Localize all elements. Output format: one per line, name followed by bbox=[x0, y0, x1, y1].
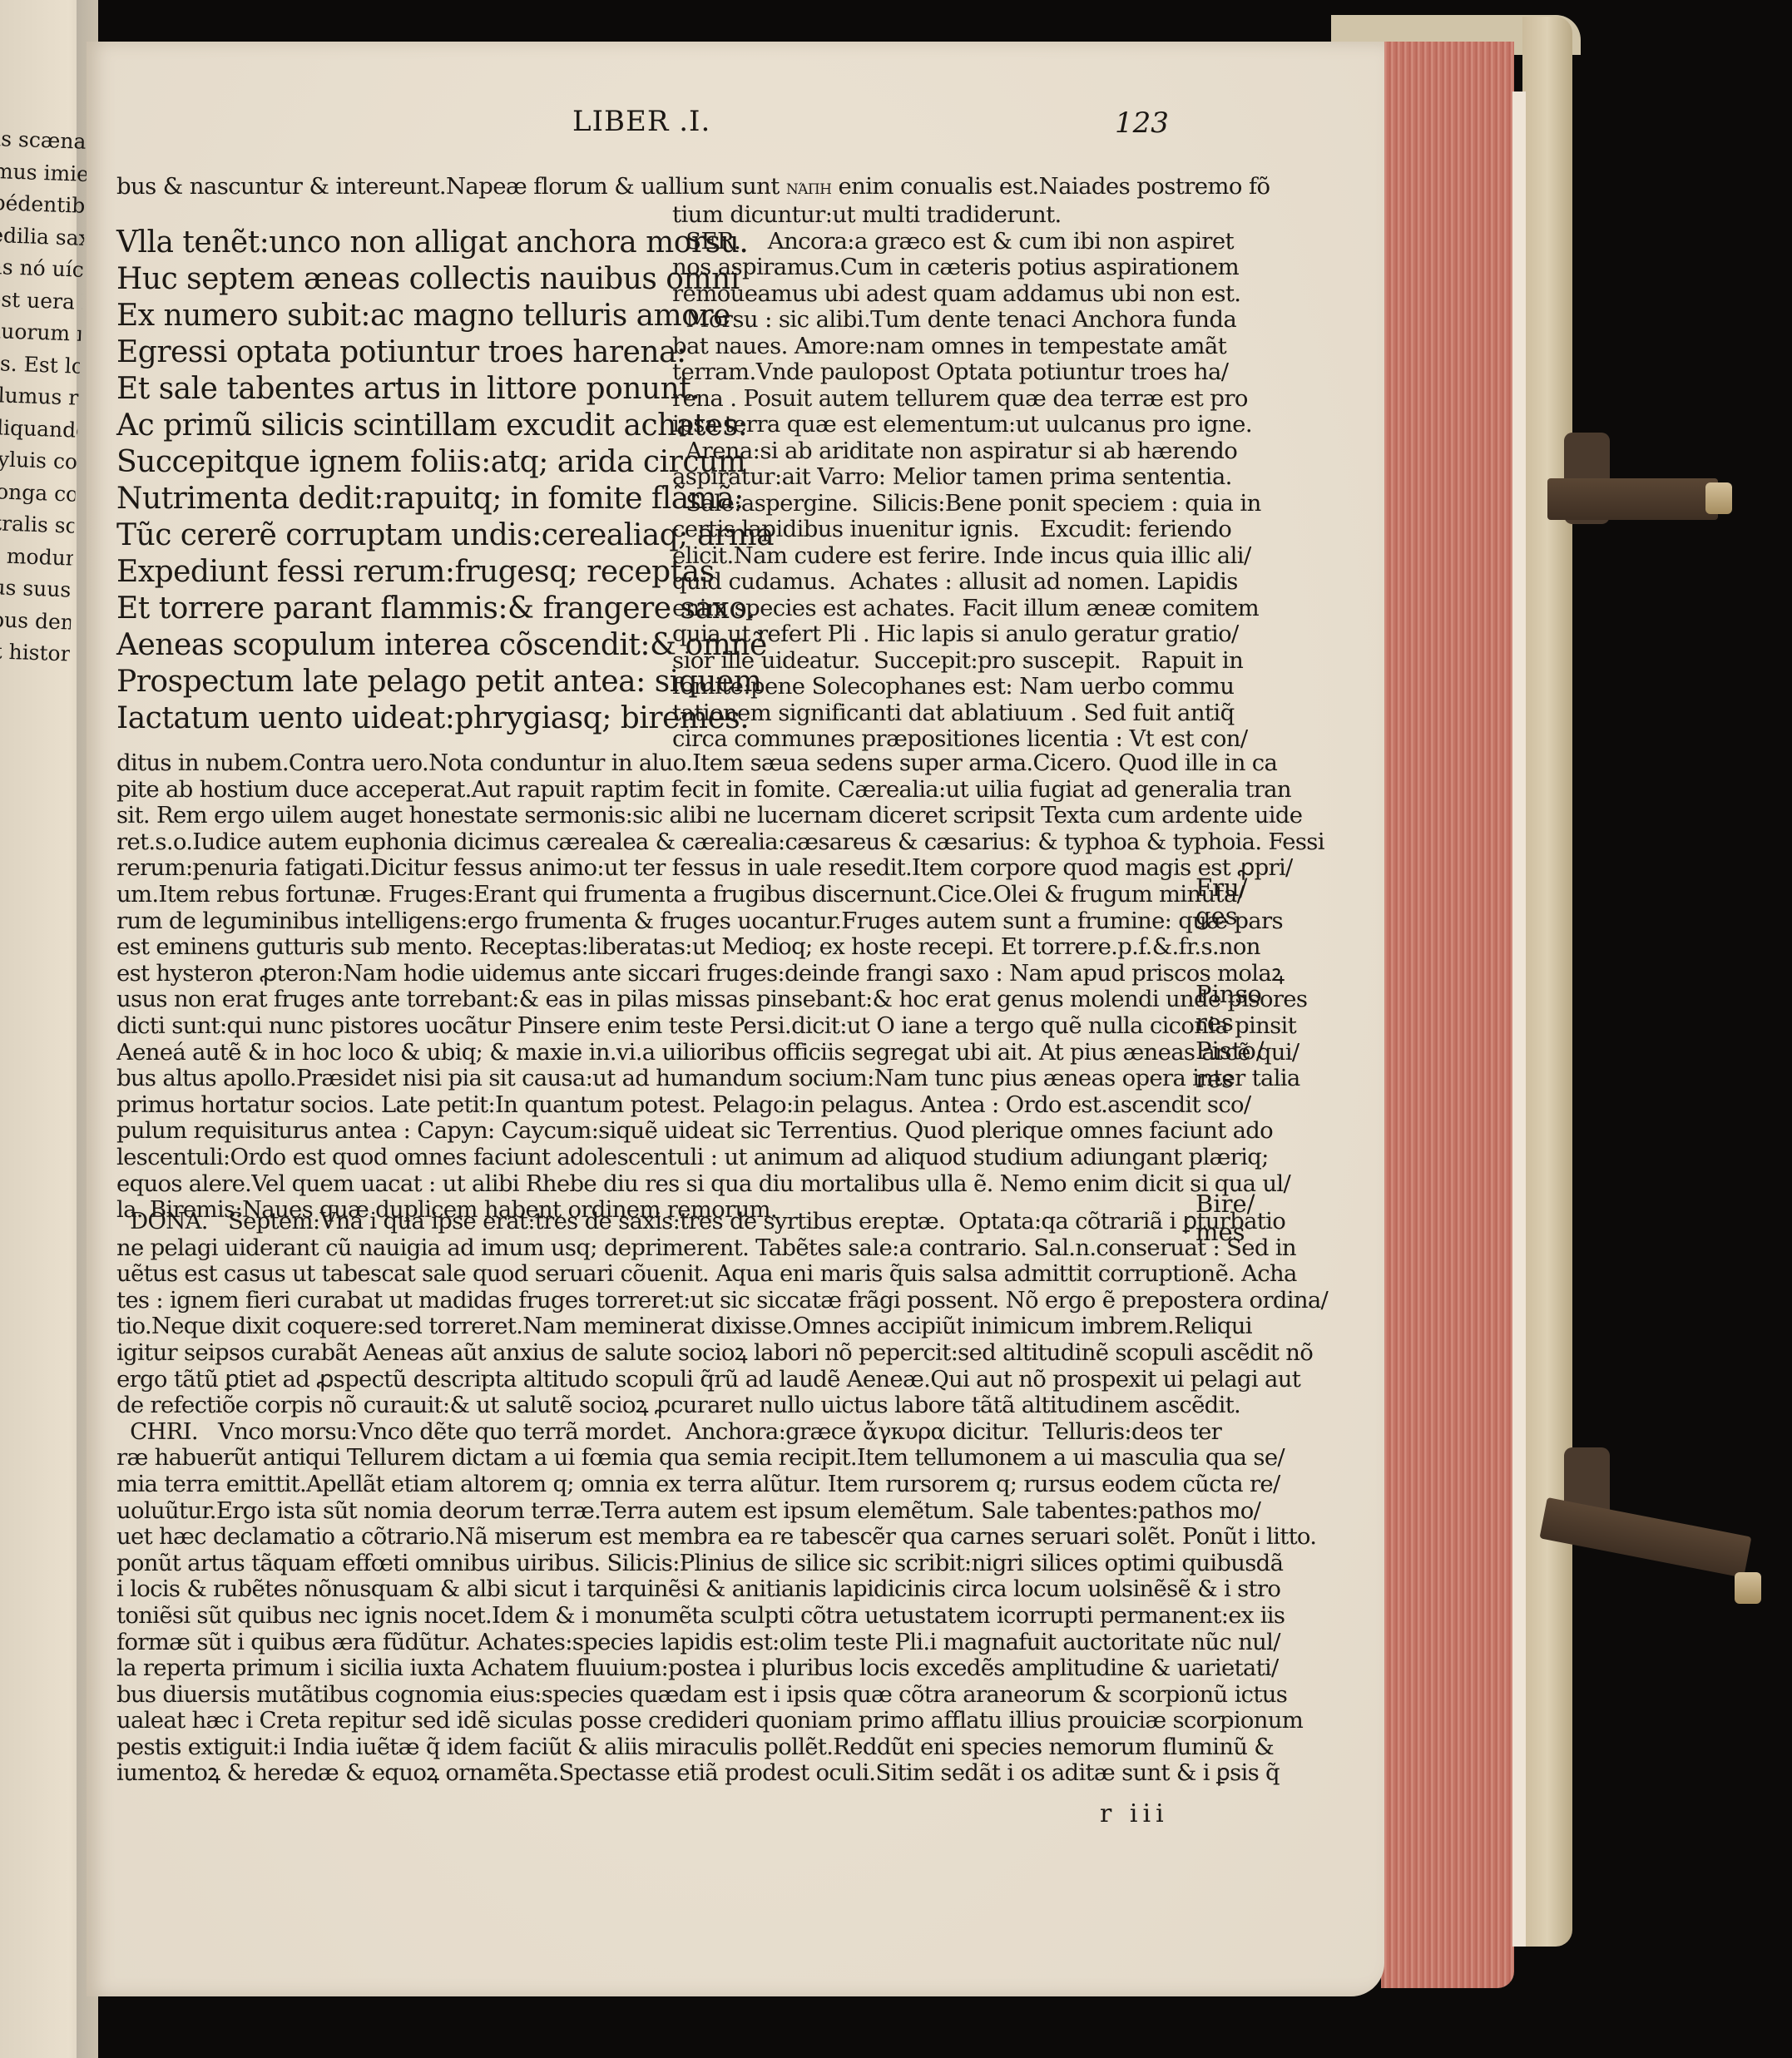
commentary-line: ræ habuerũt antiqui Tellurem dictam a ui… bbox=[116, 1445, 1328, 1472]
commentary-line: sit. Rem ergo uilem auget honestate serm… bbox=[116, 803, 1324, 829]
commentary-line: remoueamus ubi adest quam addamus ubi no… bbox=[672, 281, 1261, 308]
marginal-note-line: Pinso bbox=[1195, 980, 1265, 1008]
commentary-full-width-donatus-christophorus: DONA. Septem:Vna i qua ipse erat:tres de… bbox=[116, 1209, 1328, 1787]
commentary-line: quia ut refert Pli . Hic lapis si anulo … bbox=[672, 621, 1261, 648]
top-line-left: bus & nascuntur & intereunt.Napeæ florum… bbox=[116, 173, 780, 200]
commentary-line: tio.Neque dixit coquere:sed torreret.Nam… bbox=[116, 1313, 1328, 1340]
top-line-right: enim conualis est.Naiades postremo fõ bbox=[838, 173, 1270, 200]
marginal-note-line: res bbox=[1195, 1008, 1265, 1036]
commentary-line: formæ sũt i quibus æra fũdũtur. Achates:… bbox=[116, 1630, 1328, 1656]
commentary-line: pite ab hostium duce acceperat.Aut rapui… bbox=[116, 777, 1324, 804]
commentary-line: SER. Ancora:a græco est & cum ibi non as… bbox=[672, 229, 1261, 255]
commentary-line: aspiratur:ait Varro: Melior tamen prima … bbox=[672, 464, 1261, 491]
commentary-line: ipsa terra quæ est elementum:ut uulcanus… bbox=[672, 412, 1261, 438]
commentary-line: equos alere.Vel quem uacat : ut alibi Rh… bbox=[116, 1171, 1324, 1198]
commentary-line: terram.Vnde paulopost Optata potiuntur t… bbox=[672, 359, 1261, 386]
commentary-line: CHRI. Vnco morsu:Vnco dẽte quo terrã mor… bbox=[116, 1419, 1328, 1446]
fragment-line: Longa corruscat bbox=[0, 475, 76, 510]
fragment-line: bus suus honor i bbox=[0, 571, 72, 606]
commentary-line: sior ille uideatur. Succepit:pro suscepi… bbox=[672, 648, 1261, 675]
commentary-line: enim species est achates. Facit illum æn… bbox=[672, 596, 1261, 622]
commentary-line: mia terra emittit.Apellãt etiam altorem … bbox=[116, 1472, 1328, 1498]
commentary-line: iumentoꝝ & heredæ & equoꝝ ornamẽta.Spect… bbox=[116, 1760, 1328, 1787]
commentary-line: est hysteron ꝓteron:Nam hodie uidemus an… bbox=[116, 961, 1324, 987]
fragment-line: est uera loci des bbox=[0, 283, 82, 318]
fragment-line: atralis scæna pari bbox=[0, 507, 75, 542]
marginal-note-line: mes bbox=[1195, 1218, 1255, 1246]
marginal-note-fruges: Fru/ ges bbox=[1195, 873, 1247, 930]
commentary-line: tes : ignem fieri curabat ut madidas fru… bbox=[116, 1288, 1328, 1314]
fragment-line: mus imiet umb bbox=[0, 155, 87, 190]
commentary-line: Sale:aspergine. Silicis:Bene ponit speci… bbox=[672, 491, 1261, 517]
commentary-line: elicit.Nam cudere est ferire. Inde incus… bbox=[672, 543, 1261, 570]
commentary-line: pestis extiguit:i India iuẽtæ q̃ idem fa… bbox=[116, 1734, 1328, 1761]
commentary-line: usus non erat fruges ante torrebant:& ea… bbox=[116, 987, 1324, 1013]
fragment-line: libus densum. V bbox=[0, 603, 72, 638]
commentary-line: uẽtus est casus ut tabescat sale quod se… bbox=[116, 1261, 1328, 1288]
commentary-full-width-servius: ditus in nubem.Contra uero.Nota conduntu… bbox=[116, 750, 1324, 1224]
commentary-line: rerum:penuria fatigati.Dicitur fessus an… bbox=[116, 855, 1324, 882]
fragment-line: edilia saxo bbox=[0, 219, 85, 254]
commentary-line: Aeneá autẽ & in hoc loco & ubiq; & maxie… bbox=[116, 1040, 1324, 1066]
commentary-line: la reperta primum i sicilia iuxta Achate… bbox=[116, 1655, 1328, 1682]
commentary-line: rena . Posuit autem tellurem quæ dea ter… bbox=[672, 386, 1261, 413]
marginal-note-line: res bbox=[1195, 1065, 1265, 1093]
left-page-text-fragments: is scæna corus mus imiet umb bédentibus … bbox=[0, 123, 88, 670]
brass-clasp-tip-upper bbox=[1705, 482, 1732, 514]
fragment-line: is scæna corus bbox=[0, 123, 88, 158]
commentary-line: rum de leguminibus intelligens:ergo frum… bbox=[116, 908, 1324, 935]
commentary-line: igitur seipsos curabãt Aeneas aũt anxius… bbox=[116, 1340, 1328, 1367]
marginal-note-pinsores-pistores: Pinso res Pisto/ res bbox=[1195, 980, 1265, 1093]
commentary-line: bat naues. Amore:nam omnes in tempestate… bbox=[672, 334, 1261, 360]
commentary-line: ponũt artus tãquam effœti omnibus uiribu… bbox=[116, 1551, 1328, 1577]
red-fore-edge bbox=[1381, 42, 1514, 1988]
commentary-line: fomite:pene Solecophanes est: Nam uerbo … bbox=[672, 674, 1261, 700]
folio-number: 123 bbox=[1115, 106, 1169, 140]
commentary-line: de refectiõe corpis nõ curauit:& ut salu… bbox=[116, 1393, 1328, 1419]
commentary-line: Morsu : sic alibi.Tum dente tenaci Ancho… bbox=[672, 307, 1261, 334]
commentary-line: certis lapidibus inuenitur ignis. Excudi… bbox=[672, 517, 1261, 543]
running-head: LIBER .I. bbox=[572, 105, 710, 138]
commentary-line: DONA. Septem:Vna i qua ipse erat:tres de… bbox=[116, 1209, 1328, 1235]
fragment-line: us. Est locus in ca bbox=[0, 347, 81, 382]
fragment-line: aliquando duo. bbox=[0, 411, 78, 446]
commentary-line: ergo tãtũ ꝑtiet ad ꝓspectũ descripta alt… bbox=[116, 1367, 1328, 1393]
commentary-line: uoluũtur.Ergo ista sũt nomia deorum terr… bbox=[116, 1498, 1328, 1525]
commentary-line: primus hortatur socios. Late petit:In qu… bbox=[116, 1092, 1324, 1119]
signature-mark: r iii bbox=[1100, 1799, 1169, 1828]
marginal-note-line: Pisto/ bbox=[1195, 1036, 1265, 1065]
commentary-line: i locis & rubẽtes nõnusquam & albi sicut… bbox=[116, 1576, 1328, 1603]
commentary-line: um.Item rebus fortunæ. Fruges:Erant qui … bbox=[116, 882, 1324, 908]
top-commentary-line: bus & nascuntur & intereunt.Napeæ florum… bbox=[116, 173, 1270, 200]
commentary-line: quid cudamus. Achates : allusit ad nomen… bbox=[672, 569, 1261, 596]
fragment-line: duorum nomin bbox=[0, 315, 82, 350]
commentary-line: ditus in nubem.Contra uero.Nota conduntu… bbox=[116, 750, 1324, 777]
marginal-note-biremes: Bire/ mes bbox=[1195, 1190, 1255, 1246]
commentary-line: circa communes præpositiones licentia : … bbox=[672, 726, 1261, 753]
fragment-line: in modum pari bbox=[0, 539, 73, 574]
fragment-line: sit historia aut bbox=[0, 636, 70, 670]
commentary-line: tium dicuntur:ut multi tradiderunt. bbox=[672, 202, 1261, 229]
marginal-note-line: Bire/ bbox=[1195, 1190, 1255, 1218]
commentary-line: tationem significanti dat ablatiuum . Se… bbox=[672, 700, 1261, 727]
commentary-line: lescentuli:Ordo est quod omnes faciunt a… bbox=[116, 1145, 1324, 1171]
fore-edge-inner-leaf bbox=[1512, 92, 1526, 1947]
commentary-line: ne pelagi uiderant cũ nauigia ad imum us… bbox=[116, 1235, 1328, 1262]
commentary-line: toniẽsi sũt quibus nec ignis nocet.Idem … bbox=[116, 1603, 1328, 1630]
commentary-line: ualeat hæc i Creta repitur sed idẽ sicul… bbox=[116, 1708, 1328, 1734]
marginal-note-line: ges bbox=[1195, 902, 1247, 930]
fragment-line: bédentibus an bbox=[0, 187, 86, 222]
commentary-line: uet hæc declamatio a cõtrario.Nã miserum… bbox=[116, 1524, 1328, 1551]
leather-clasp-upper[interactable] bbox=[1547, 478, 1718, 520]
commentary-line: nos aspiramus.Cum in cæteris potius aspi… bbox=[672, 255, 1261, 281]
commentary-line: ret.s.o.Iudice autem euphonia dicimus cæ… bbox=[116, 829, 1324, 856]
marginal-note-line: Fru/ bbox=[1195, 873, 1247, 902]
commentary-line: dicti sunt:qui nunc pistores uocãtur Pin… bbox=[116, 1013, 1324, 1040]
fragment-line: olumus respõdem bbox=[0, 379, 79, 414]
commentary-line: bus altus apollo.Præsidet nisi pia sit c… bbox=[116, 1066, 1324, 1092]
fragment-line: as nó uícula nau bbox=[0, 251, 84, 286]
commentary-line: pulum requisiturus antea : Capyn: Caycum… bbox=[116, 1118, 1324, 1145]
brass-clasp-tip-lower bbox=[1735, 1572, 1761, 1604]
commentary-column-right: tium dicuntur:ut multi tradiderunt. SER.… bbox=[672, 202, 1261, 753]
commentary-line: Arena:si ab ariditate non aspiratur si a… bbox=[672, 438, 1261, 465]
commentary-line: est eminens gutturis sub mento. Receptas… bbox=[116, 934, 1324, 961]
vellum-binding-spine-edge bbox=[1522, 17, 1572, 1947]
fragment-line: Syluis coruscis: i bbox=[0, 443, 77, 478]
greek-word: νάπη bbox=[786, 176, 831, 199]
commentary-line: bus diuersis mutãtibus cognomia eius:spe… bbox=[116, 1682, 1328, 1709]
